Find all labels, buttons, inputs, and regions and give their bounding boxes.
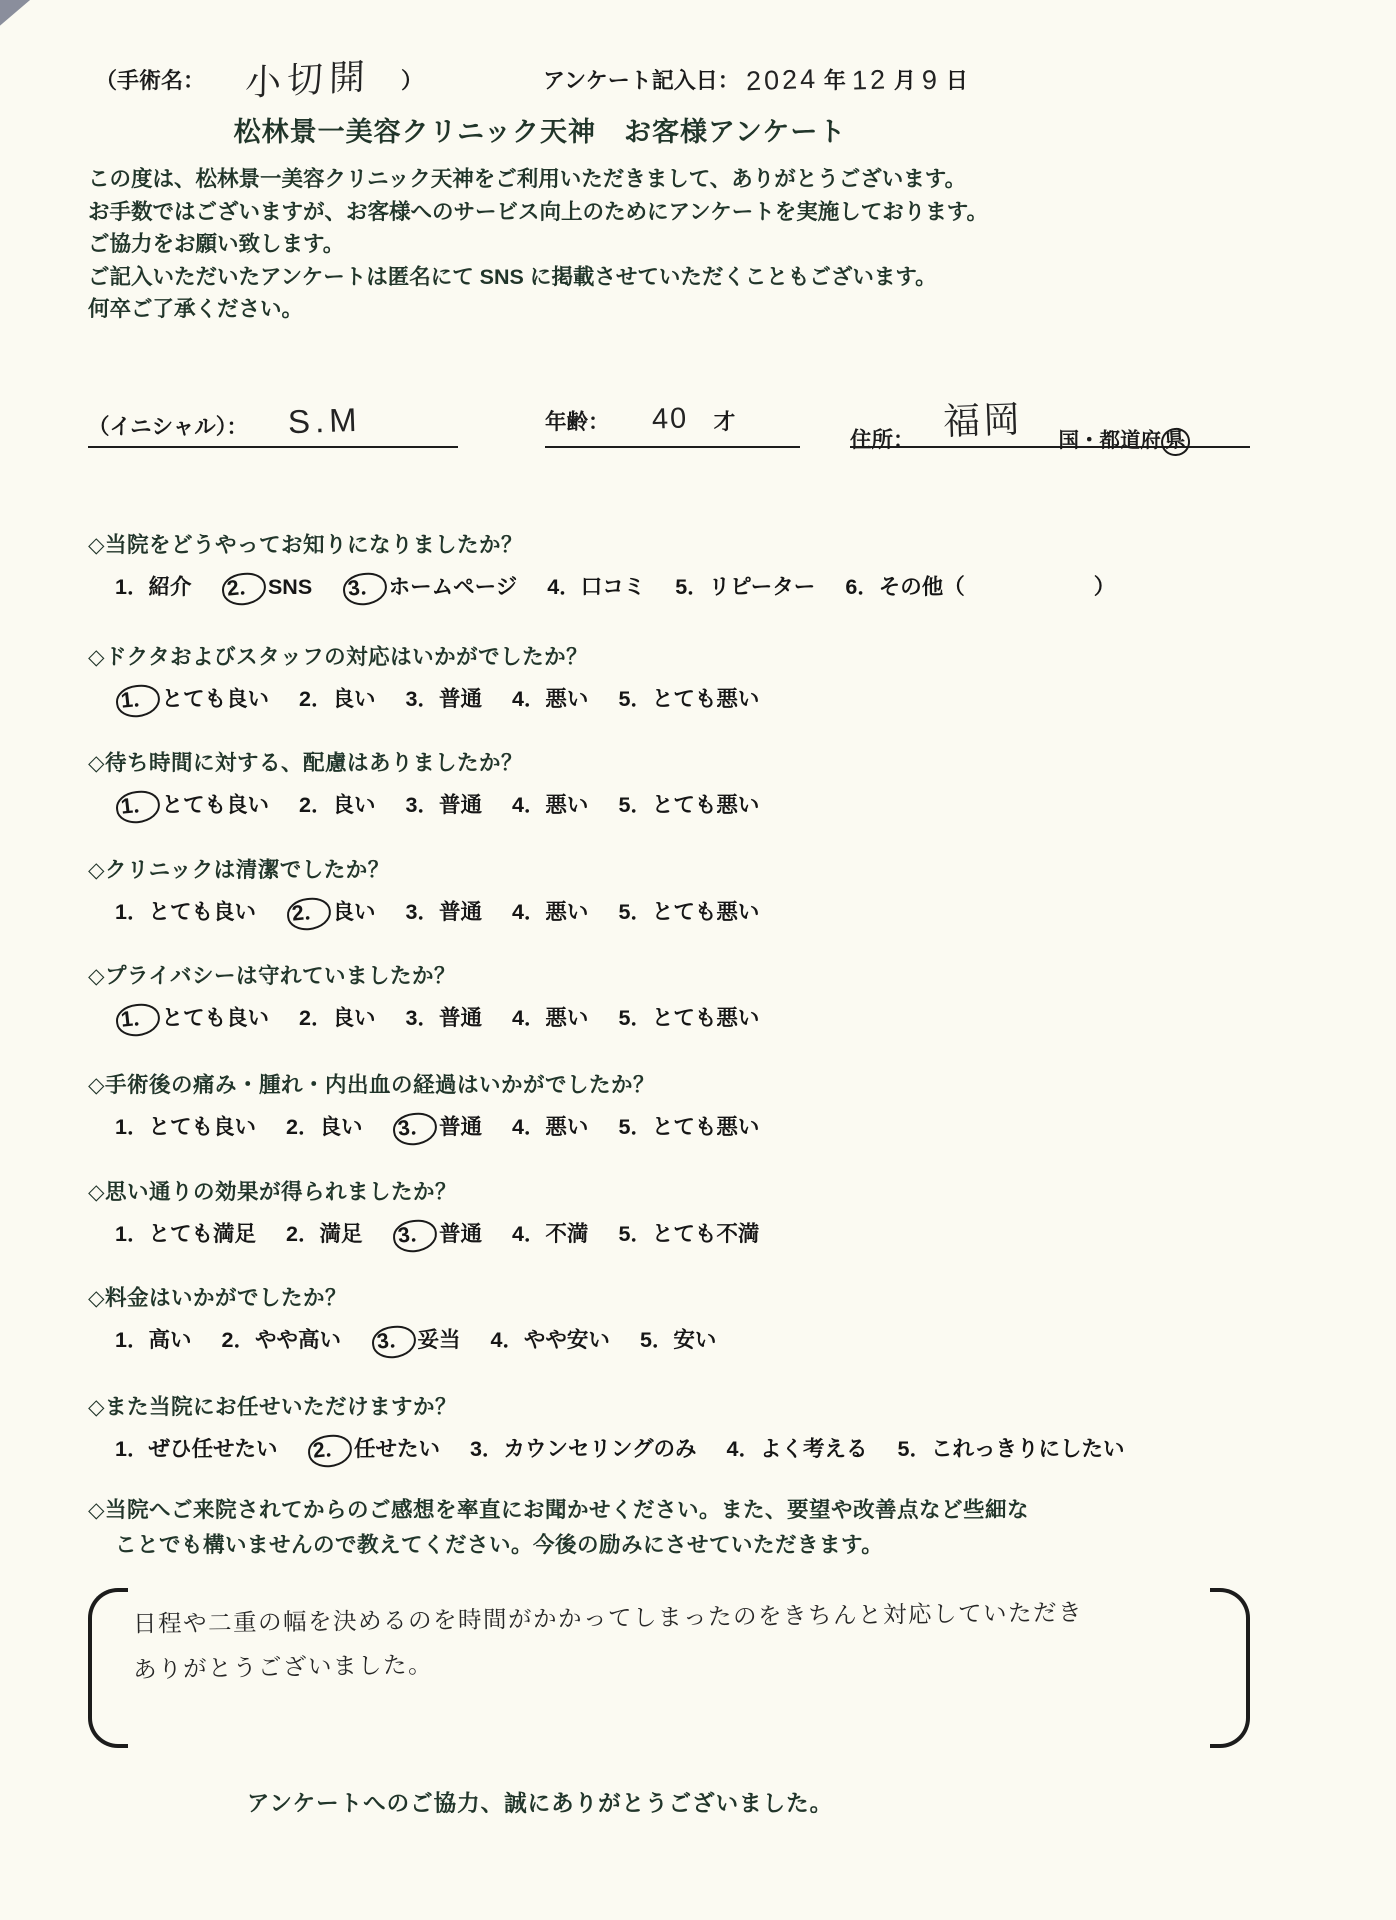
option-label: とても満足 [148,1222,256,1246]
option: 2．任せたい [307,1437,439,1461]
option: 4．悪い [512,687,588,711]
option: 4．やや安い [490,1328,609,1352]
question-prompt: ◇手術後の痛み・腫れ・内出血の経過はいかがでしたか？ [88,1068,762,1099]
option-number: 4． [512,793,545,817]
question-options: 1．とても良い2．良い3．普通4．悪い5．とても悪い [115,682,789,717]
option-number: 5． [618,793,651,817]
option-label: 良い [332,687,375,711]
option: 4．悪い [512,900,588,924]
option-label: 安い [673,1328,716,1352]
option: 4．悪い [512,793,588,817]
option-number-circled: 2． [307,1433,355,1469]
option-label: 普通 [439,687,482,711]
option-number: 1． [115,1437,148,1461]
surgery-name-label: （手術名： [95,68,205,93]
option-number: 2． [286,1222,319,1246]
option: 2．やや高い [221,1328,340,1352]
option-number-circled: 3． [342,571,390,607]
age-suffix: 才 [714,410,736,434]
option-label: 高い [148,1328,191,1352]
option: 1．とても良い [115,1115,256,1139]
option-label: ぜひ任せたい [148,1437,277,1461]
question-prompt: ◇プライバシーは守れていましたか？ [88,959,762,990]
option-label: とても悪い [652,687,760,711]
option-label: 悪い [545,1006,588,1030]
option: 2．良い [299,793,375,817]
option: 5．とても悪い [618,1006,759,1030]
option: 6．その他（ ） [845,575,1115,599]
question-options: 1．高い2．やや高い3．妥当4．やや安い5．安い [115,1323,746,1358]
option: 2．良い [299,1006,375,1030]
question-prompt: ◇当院をどうやってお知りになりましたか？ [88,528,1118,559]
option-number-circled: 2． [285,896,333,932]
option: 3．普通 [405,793,481,817]
option-number-circled: 1． [114,1002,162,1038]
option-number: 5． [618,900,651,924]
option-number: 5． [618,1115,651,1139]
option-label: 妥当 [417,1328,460,1352]
page-title: 松林景一美容クリニック天神 お客様アンケート [90,110,990,149]
question-prompt: ◇待ち時間に対する、配慮はありましたか？ [88,746,762,777]
comment-handwritten-line1: 日程や二重の幅を決めるのを時間がかかってしまったのをきちんと対応していただき [133,1593,1083,1639]
option: 5．とても悪い [618,793,759,817]
question-block: ◇待ち時間に対する、配慮はありましたか？1．とても良い2．良い3．普通4．悪い5… [88,746,762,823]
option-number: 1． [115,1328,148,1352]
option-number-circled: 3． [370,1324,418,1360]
option-label: 良い [332,1006,375,1030]
option-number: 5． [618,1006,651,1030]
survey-date-year-handwritten: 2024 [745,64,818,97]
option-label: 良い [332,793,375,817]
question-block: ◇当院をどうやってお知りになりましたか？1．紹介2．SNS3．ホームページ4．口… [88,528,1118,605]
option: 3．普通 [405,1006,481,1030]
option-number: 4． [512,1222,545,1246]
option-number-circled: 3． [392,1111,440,1147]
question-block: ◇また当院にお任せいただけますか？1．ぜひ任せたい2．任せたい3．カウンセリング… [88,1390,1127,1467]
option: 3．普通 [392,1222,481,1246]
option-number-circled: 3． [392,1218,440,1254]
year-suffix: 年 [824,68,846,93]
prefecture-circle-mark: 県 [1160,427,1190,456]
option: 4．口コミ [547,575,645,599]
option-label: 口コミ [581,575,646,599]
option-number: 4． [490,1328,523,1352]
question-block: ◇料金はいかがでしたか？1．高い2．やや高い3．妥当4．やや安い5．安い [88,1281,719,1358]
option: 1．とても満足 [115,1222,256,1246]
option: 5．とても悪い [618,687,759,711]
question-prompt: ◇思い通りの効果が得られましたか？ [88,1175,762,1206]
option-label: SNS [268,575,312,599]
option-label: ホームページ [389,575,518,599]
question-prompt: ◇また当院にお任せいただけますか？ [88,1390,1127,1421]
option-label: 普通 [439,1115,482,1139]
option-label: 不満 [545,1222,588,1246]
option: 1．とても良い [115,793,269,817]
option-label: リピーター [709,575,816,599]
initial-label: （イニシャル）： [88,415,248,439]
option-number: 3． [405,900,438,924]
comment-prompt-line2: ことでも構いませんので教えてください。今後の励みにさせていただきます。 [115,1528,883,1559]
option: 2．SNS [221,575,312,599]
comment-prompt-line1: ◇当院へご来院されてからのご感想を率直にお聞かせください。また、要望や改善点など… [88,1493,1029,1524]
option-label: 紹介 [148,575,191,599]
option-number: 4． [547,575,580,599]
question-options: 1．とても良い2．良い3．普通4．悪い5．とても悪い [115,895,789,930]
option-number: 3． [405,793,438,817]
option-label: 良い [319,1115,362,1139]
option-number: 3． [405,1006,438,1030]
footer-thanks: アンケートへのご協力、誠にありがとうございました。 [90,1786,990,1818]
scanned-survey-page: （手術名：小切開）アンケート記入日：2024年12月9日 松林景一美容クリニック… [0,0,1396,1920]
comment-handwritten-line2: ありがとうございました。 [133,1645,434,1684]
option-label: 良い [332,900,375,924]
question-options: 1．紹介2．SNS3．ホームページ4．口コミ5．リピーター6．その他（ ） [115,570,1145,605]
option-label: とても良い [148,900,256,924]
day-suffix: 日 [946,68,968,93]
option-number: 5． [898,1437,931,1461]
comment-box-left-bracket [88,1588,128,1748]
option: 1．高い [115,1328,191,1352]
option: 5．安い [640,1328,716,1352]
option: 2．満足 [286,1222,362,1246]
option-number: 2． [299,793,332,817]
option-label: 任せたい [354,1437,440,1461]
option-label: とても悪い [652,900,760,924]
option: 1．ぜひ任せたい [115,1437,277,1461]
intro-line: お手数ではございますが、お客様へのサービス向上のためにアンケートを実施しておりま… [88,196,988,229]
comment-box-right-bracket [1210,1588,1250,1748]
question-prompt: ◇ドクタおよびスタッフの対応はいかがでしたか？ [88,640,762,671]
survey-date-label: アンケート記入日： [543,68,740,93]
option-label: カウンセリングのみ [503,1437,696,1461]
question-block: ◇プライバシーは守れていましたか？1．とても良い2．良い3．普通4．悪い5．とて… [88,959,762,1036]
option: 5．これっきりにしたい [898,1437,1125,1461]
age-value-handwritten: 40 [651,402,688,436]
intro-line: ご記入いただいたアンケートは匿名にて SNS に掲載させていただくこともございま… [88,261,988,294]
initial-field: （イニシャル）：S.M [88,404,458,448]
option-number: 2． [221,1328,254,1352]
option-number: 2． [286,1115,319,1139]
option-number: 1． [115,1222,148,1246]
option: 2．良い [286,1115,362,1139]
surgery-name-handwritten: 小切開 [245,49,372,107]
scan-corner-artifact [0,0,41,35]
option-number: 3． [470,1437,503,1461]
option-number: 4． [512,687,545,711]
option-label: とても良い [161,793,269,817]
option: 5．とても悪い [618,1115,759,1139]
option: 4．よく考える [727,1437,868,1461]
option: 3．妥当 [371,1328,460,1352]
option: 3．普通 [405,687,481,711]
option-label: これっきりにしたい [931,1437,1125,1461]
option-number: 4． [512,1006,545,1030]
intro-line: 何卒ご了承ください。 [88,293,988,326]
header-row: （手術名：小切開）アンケート記入日：2024年12月9日 [95,48,968,99]
option-number: 6． [845,575,878,599]
intro-line: この度は、松林景一美容クリニック天神をご利用いただきまして、ありがとうございます… [88,163,988,196]
option-label: とても悪い [652,1115,760,1139]
option-label: とても不満 [652,1222,760,1246]
option: 3．普通 [392,1115,481,1139]
option-number: 2． [299,1006,332,1030]
option-number: 1． [115,575,148,599]
option-number-circled: 1． [114,789,162,825]
option-number: 5． [618,1222,651,1246]
option-label: 普通 [439,900,482,924]
question-block: ◇思い通りの効果が得られましたか？1．とても満足2．満足3．普通4．不満5．とて… [88,1175,762,1252]
option-label: 悪い [545,900,588,924]
address-suffix-text: 国・都道府 [1059,429,1162,452]
option-label: とても良い [161,687,269,711]
option: 2．良い [299,687,375,711]
option-number: 5． [618,687,651,711]
option-label: とても良い [161,1006,269,1030]
question-prompt: ◇クリニックは清潔でしたか？ [88,853,762,884]
option: 5．リピーター [675,575,815,599]
survey-date-month-handwritten: 12 [851,64,888,96]
option-label: とても悪い [652,793,760,817]
option: 5．とても不満 [618,1222,759,1246]
option: 1．とても良い [115,687,269,711]
option-label: やや高い [255,1328,341,1352]
option: 2．良い [286,900,375,924]
option-number: 3． [405,687,438,711]
option-label: 悪い [545,793,588,817]
option-label: 普通 [439,1222,482,1246]
address-value-handwritten: 福岡 [942,389,1024,446]
option-number: 4． [512,900,545,924]
option-label: 満足 [319,1222,362,1246]
question-options: 1．とても良い2．良い3．普通4．悪い5．とても悪い [115,1110,789,1145]
option: 1．紹介 [115,575,191,599]
option-number: 5． [640,1328,673,1352]
option-number: 2． [299,687,332,711]
question-block: ◇手術後の痛み・腫れ・内出血の経過はいかがでしたか？1．とても良い2．良い3．普… [88,1068,762,1145]
option: 3．カウンセリングのみ [470,1437,697,1461]
option-number: 5． [675,575,708,599]
option-label: 悪い [545,1115,588,1139]
address-label: 住所： [850,428,915,452]
address-suffix: 国・都道府県 [1059,429,1190,452]
intro-line: ご協力をお願い致します。 [88,228,988,261]
surgery-name-close-paren: ） [401,68,423,93]
intro-paragraph: この度は、松林景一美容クリニック天神をご利用いただきまして、ありがとうございます… [88,163,988,326]
option: 4．悪い [512,1006,588,1030]
address-field: 住所：福岡国・都道府県 [850,404,1250,448]
option-label: とても良い [148,1115,256,1139]
option-number: 4． [727,1437,760,1461]
option-label: 悪い [545,687,588,711]
question-block: ◇ドクタおよびスタッフの対応はいかがでしたか？1．とても良い2．良い3．普通4．… [88,640,762,717]
option: 4．不満 [512,1222,588,1246]
option: 4．悪い [512,1115,588,1139]
option-label: 普通 [439,793,482,817]
month-suffix: 月 [894,68,916,93]
age-field: 年齢：40才 [545,404,800,448]
option-label: その他（ ） [879,575,1116,599]
survey-date-day-handwritten: 9 [921,65,940,97]
option-number: 1． [115,900,148,924]
option-number: 1． [115,1115,148,1139]
option-label: やや安い [524,1328,610,1352]
option: 5．とても悪い [618,900,759,924]
option: 1．とても良い [115,1006,269,1030]
option: 1．とても良い [115,900,256,924]
question-block: ◇クリニックは清潔でしたか？1．とても良い2．良い3．普通4．悪い5．とても悪い [88,853,762,930]
option-label: 普通 [439,1006,482,1030]
option-number-circled: 1． [114,683,162,719]
question-options: 1．ぜひ任せたい2．任せたい3．カウンセリングのみ4．よく考える5．これっきりに… [115,1432,1154,1467]
option: 3．普通 [405,900,481,924]
option-label: よく考える [760,1437,868,1461]
age-label: 年齢： [545,410,610,434]
question-options: 1．とても良い2．良い3．普通4．悪い5．とても悪い [115,1001,789,1036]
initial-value-handwritten: S.M [287,401,362,442]
question-options: 1．とても良い2．良い3．普通4．悪い5．とても悪い [115,788,789,823]
question-options: 1．とても満足2．満足3．普通4．不満5．とても不満 [115,1217,789,1252]
option-number: 4． [512,1115,545,1139]
question-prompt: ◇料金はいかがでしたか？ [88,1281,719,1312]
option: 3．ホームページ [342,575,517,599]
option-number-circled: 2． [221,571,269,607]
option-label: とても悪い [652,1006,760,1030]
